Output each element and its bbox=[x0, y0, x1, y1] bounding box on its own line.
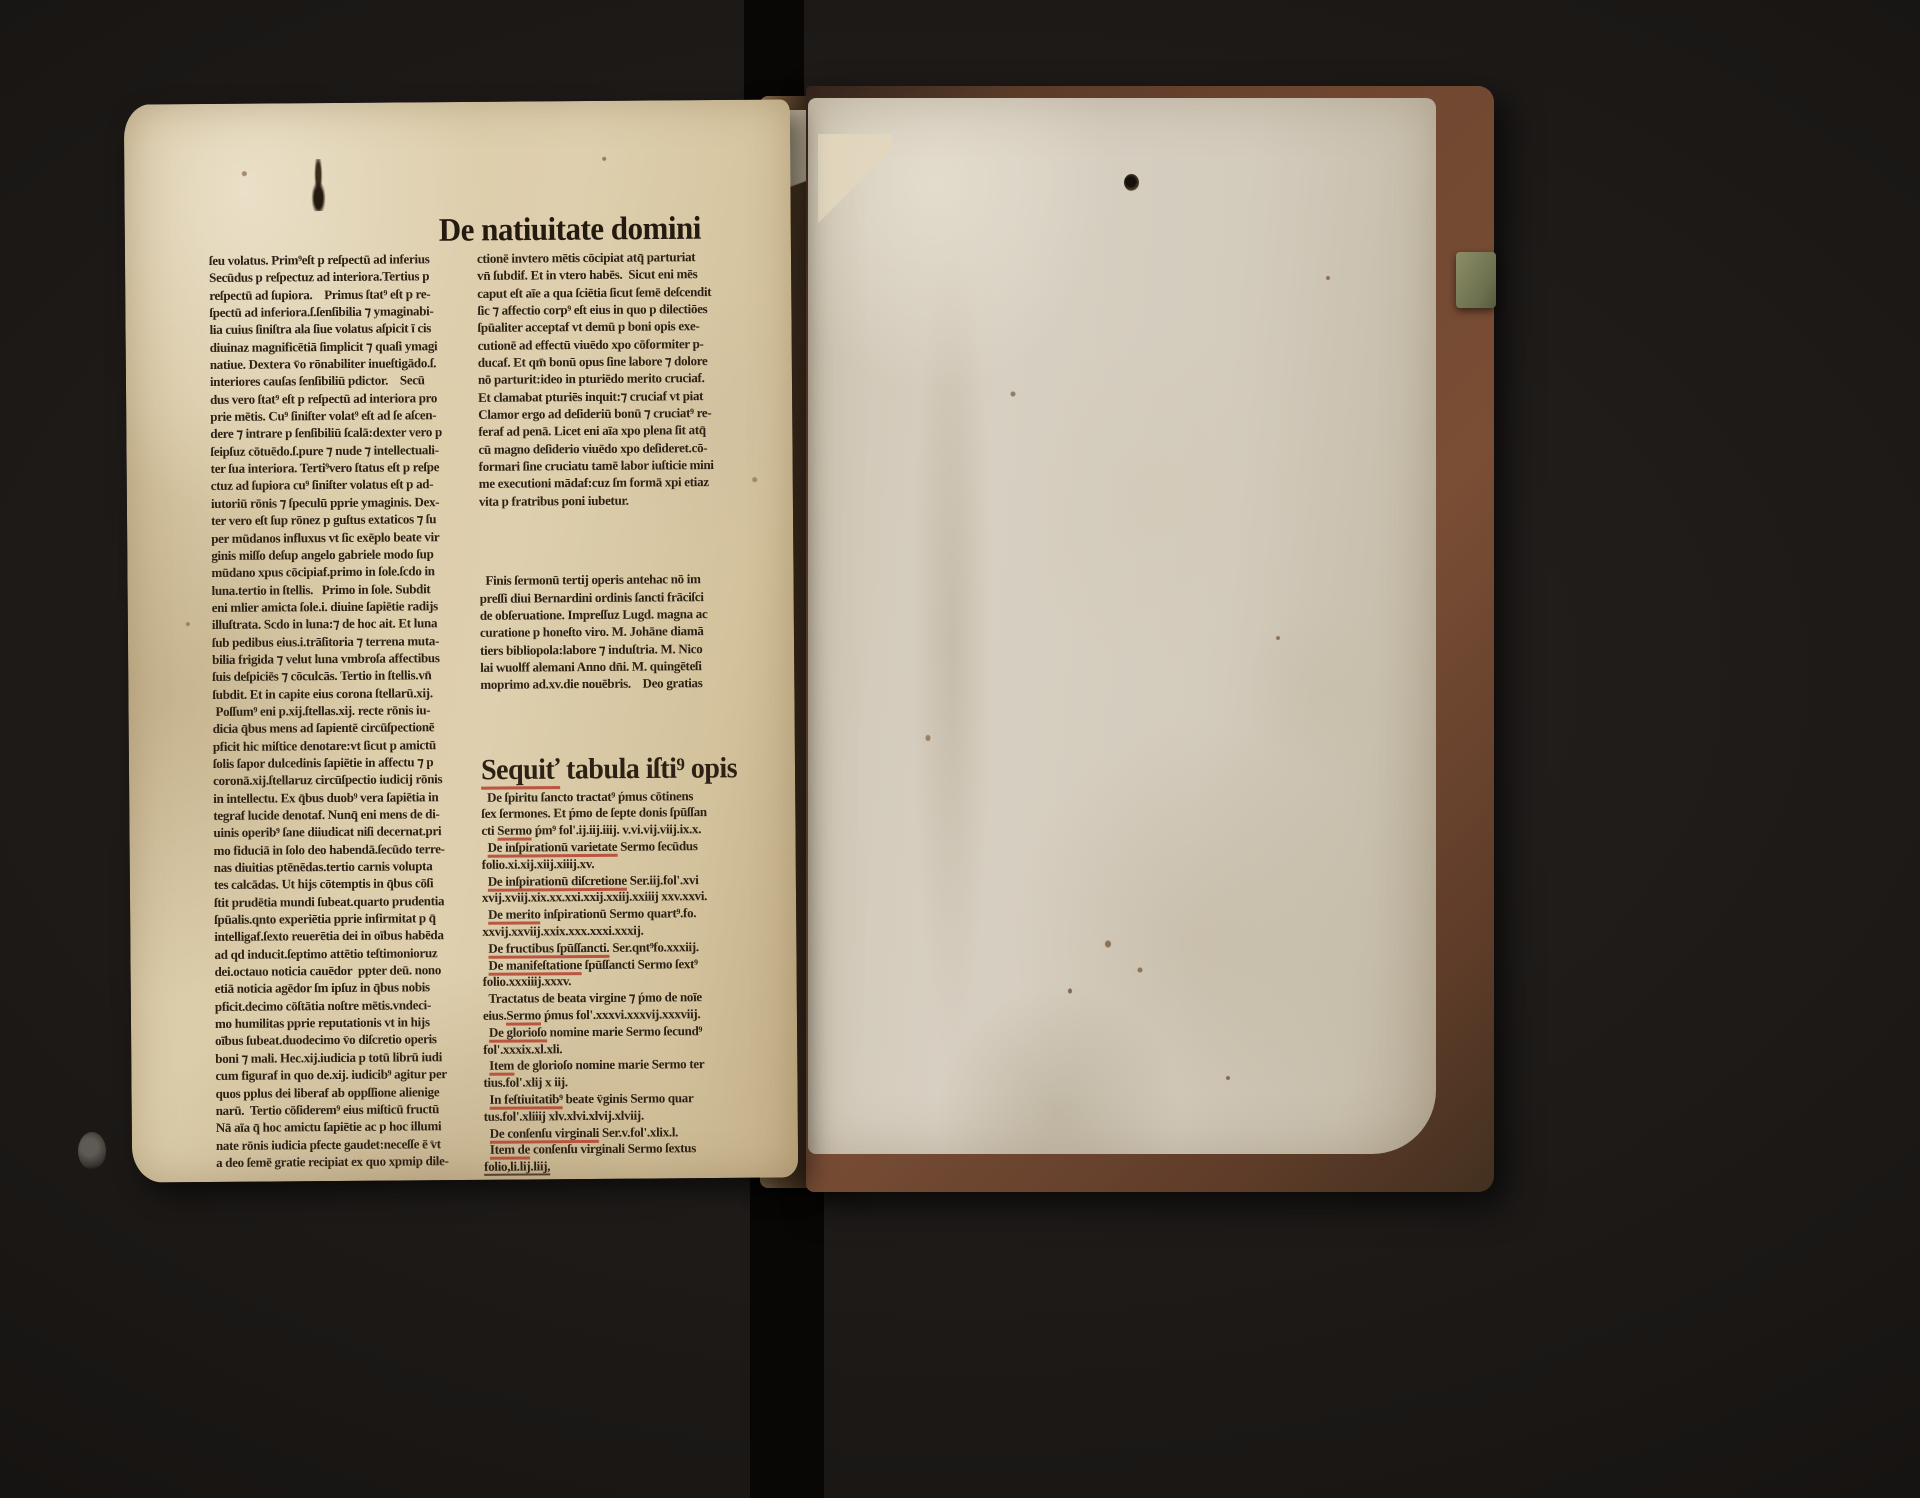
ink-blot bbox=[310, 159, 326, 211]
rubric-underlined-text: Sermo bbox=[506, 1007, 541, 1025]
text-line: cum figuraf in quo de.xij. iudicib⁹ agit… bbox=[215, 1065, 477, 1084]
text-line: formari ſine cruciatu tamē labor iuſtici… bbox=[479, 456, 755, 476]
vertical-gap bbox=[480, 691, 756, 749]
colophon-text: Finis ſermonū tertij operis antehac nō i… bbox=[479, 570, 756, 694]
book-photograph: De natiuitate domini ſeu volatus. Prim⁹e… bbox=[0, 0, 1920, 1498]
text-line: bilia frigida ⁊ velut luna vmbroſa affec… bbox=[212, 649, 474, 668]
text-line: prie mētis. Cu⁹ ſiniſter volat⁹ eſt ad ſ… bbox=[210, 406, 472, 425]
text-segment bbox=[484, 1125, 490, 1140]
text-line: interiores cauſas ſenſibiliū pdictor. Se… bbox=[210, 371, 472, 390]
text-line: Poſſum⁹ eni p.xij.ſtellas.xij. recte rōn… bbox=[212, 701, 474, 720]
corner-mark bbox=[78, 1132, 106, 1170]
text-line: ſuis deſpiciēs ⁊ cōculcās. Tertio in ſte… bbox=[212, 666, 474, 685]
text-line: De inſpirationū varietate Sermo ſecūdus bbox=[482, 838, 758, 857]
text-line: dere ⁊ intrare p ſenſibiliū ſcalā:dexter… bbox=[210, 423, 472, 442]
text-segment bbox=[483, 1025, 489, 1040]
text-line: preſſi diui Bernardini ordinis ſancti fr… bbox=[480, 587, 756, 607]
text-segment bbox=[482, 941, 488, 956]
text-line: De ſpiritu ſancto tractat⁹ ṕmus cōtinens bbox=[481, 787, 757, 806]
text-segment: cti bbox=[481, 823, 497, 838]
text-line: ter vero eſt ſup rōnez p guſtus extatico… bbox=[211, 510, 473, 529]
text-line: dei.octauo noticia cauēdor ppter deū. no… bbox=[215, 961, 477, 980]
text-line: ſex ſermones. Et ṕmo de ſepte donis ſpūſ… bbox=[481, 804, 757, 823]
text-segment: nomine marie Sermo ſecund⁹ bbox=[547, 1023, 703, 1039]
text-line: ctuz ad ſupiora cu⁹ ſiniſter volatus eſt… bbox=[211, 475, 473, 494]
text-line: lai wuolff alemani Anno dn̄i. M. quingēt… bbox=[480, 657, 756, 677]
text-line: cutionē ad effectū viuēdo xpo cōformiter… bbox=[478, 334, 754, 354]
rubric-underlined-text: De glorioſo bbox=[489, 1024, 547, 1042]
text-line: eni mlier amicta ſole.i. diuine ſapiētie… bbox=[212, 597, 474, 616]
text-line: ctionē invtero mētis cōcipiat atq̄ partu… bbox=[477, 248, 753, 268]
text-segment: Sermo ſecūdus bbox=[617, 838, 697, 854]
text-line: etiā noticia agēdor ſm ipſuz in q̄bus no… bbox=[215, 978, 477, 997]
text-segment: ſpūſſancti Sermo ſext⁹ bbox=[582, 956, 698, 972]
text-line: natiue. Dextera v̄o rōnabiliter inueſtig… bbox=[210, 354, 472, 373]
text-line: De conſenſu virginali Ser.v.fol'.xlix.l. bbox=[484, 1123, 760, 1142]
text-line: quos pplus dei liberaf ab oppſſione alie… bbox=[215, 1082, 477, 1101]
text-line: folio.xi.xij.xiij.xiiij.xv. bbox=[482, 854, 758, 873]
text-line: intelligaf.ſexto reuerētia dei in oībus … bbox=[214, 926, 476, 945]
backing-strap-bottom bbox=[750, 1140, 824, 1498]
text-line: In feſtiuitatib⁹ beate v̈ginis Sermo qua… bbox=[484, 1090, 760, 1109]
text-line: tes calcādas. Ut hijs cōtemptis in q̄bus… bbox=[214, 874, 476, 893]
text-segment bbox=[484, 1142, 490, 1157]
text-line: De merito inſpirationū Sermo quart⁹.fo. bbox=[482, 905, 758, 924]
tabula-heading: Sequiť tabula iſti⁹ opis bbox=[481, 747, 757, 789]
text-line: xvij.xviij.xix.xx.xxi.xxij.xxiij.xxiiij … bbox=[482, 888, 758, 907]
rubric-underlined-text: De inſpirationū diſcretione bbox=[488, 872, 627, 891]
text-segment bbox=[482, 907, 488, 922]
text-line: Tractatus de beata virgine ⁊ ṕmo de noīe bbox=[483, 989, 759, 1008]
text-line: folio.xxxiiij.xxxv. bbox=[483, 972, 759, 991]
rubric-underlined-text: De merito bbox=[488, 907, 541, 925]
text-segment: Ser.qnt⁹fo.xxxiij. bbox=[609, 939, 699, 955]
text-line: ſubdit. Et in capite eius corona ſtellar… bbox=[212, 683, 474, 702]
text-line: feraf ad penā. Licet eni aīa xpo plena ſ… bbox=[478, 421, 754, 441]
text-line: ginis miſſo deſup angelo gabriele modo ſ… bbox=[211, 545, 473, 564]
text-line: folio,li.lij.liij, bbox=[484, 1157, 760, 1176]
text-line: Item de conſenſu virginali Sermo ſextus bbox=[484, 1140, 760, 1159]
text-segment bbox=[484, 1092, 490, 1107]
text-line: ſpūalis.qnto experiētia pprie infirmitat… bbox=[214, 909, 476, 928]
text-line: vita p fratribus poni iubetur. bbox=[479, 491, 755, 511]
text-line: reſpectū ad ſupiora. Primus ſtat⁹ eſt p … bbox=[209, 285, 471, 304]
rubric-underlined-text: De conſenſu virginali bbox=[490, 1124, 599, 1143]
text-segment: de glorioſo nomine marie Sermo ter bbox=[514, 1056, 704, 1072]
left-page: De natiuitate domini ſeu volatus. Prim⁹e… bbox=[124, 99, 798, 1182]
text-line: Secūdus p reſpectuz ad interiora.Tertius… bbox=[209, 267, 471, 286]
text-line: mūdano xpus cōcipiaf.primo in ſole.ſcdo … bbox=[211, 562, 473, 581]
text-line: cti Sermo ṕm⁹ fol'.ij.iij.iiij. v.vi.vij… bbox=[481, 821, 757, 840]
text-line: me executioni mādaf:cuz ſm formā xpi eti… bbox=[479, 473, 755, 493]
text-line: ſpūaliter acceptaf vt demū p boni opis e… bbox=[477, 317, 753, 337]
text-line: vn̄ ſubdif. Et in vtero habēs. Sicut eni… bbox=[477, 265, 753, 285]
text-line: ſolis ſapor dulcedinis ſapiētie in affec… bbox=[213, 753, 475, 772]
text-line: dus vero ſtat⁹ eſt p reſpectū ad interio… bbox=[210, 389, 472, 408]
text-line: ſeipſuz cōtuēdo.ſ.pure ⁊ nude ⁊ intellec… bbox=[210, 441, 472, 460]
text-segment: ṕmus fol'.xxxvi.xxxvij.xxxviij. bbox=[541, 1006, 701, 1022]
text-line: ad qd inducit.ſeptimo attētio teſtimonio… bbox=[214, 944, 476, 963]
rubric-underlined-text: De inſpirationū varietate bbox=[487, 839, 617, 858]
text-line: fol'.xxxix.xl.xli. bbox=[483, 1039, 759, 1058]
text-segment: ṕm⁹ fol'.ij.iij.iiij. v.vi.vij.viij.ix.x… bbox=[532, 821, 701, 837]
rubric-underlined-text: De manifeſtatione bbox=[488, 957, 582, 976]
text-line: uinis operib⁹ ſane diiudicat niſi decern… bbox=[213, 822, 475, 841]
text-segment: tabula iſti⁹ opis bbox=[559, 752, 737, 786]
text-line: de obſeruatione. Impreſſuz Lugd. magna a… bbox=[480, 605, 756, 625]
text-line: a deo ſemē gratie recipiat ex quo xpmip … bbox=[216, 1152, 478, 1171]
right-cover-leather bbox=[806, 86, 1494, 1192]
rubric-underlined-text: Sequiť bbox=[481, 753, 560, 789]
text-line: Et clamabat pturiēs inquit:⁊ cruciaf vt … bbox=[478, 386, 754, 406]
text-line: diuinaz magnificētiā ſimplicit ⁊ quaſi y… bbox=[210, 337, 472, 356]
text-line: nō parturit:ideo in pturiēdo merito cruc… bbox=[478, 369, 754, 389]
tabula-contents-list: De ſpiritu ſancto tractat⁹ ṕmus cōtinens… bbox=[481, 787, 760, 1175]
text-segment: folio,li.lij.liij, bbox=[484, 1158, 550, 1176]
text-line: iutoriū rōnis ⁊ ſpeculū pprie ymaginis. … bbox=[211, 493, 473, 512]
rubric-underlined-text: Item bbox=[489, 1058, 514, 1076]
text-line: caput eſt aīe a qua ſciētia ſicut ſemē d… bbox=[477, 282, 753, 302]
text-line: mo humilitas pprie reputationis vt in hi… bbox=[215, 1013, 477, 1032]
rubric-underlined-text: Item de bbox=[490, 1142, 530, 1160]
rubric-underlined-text: In feſtiuitatib⁹ bbox=[489, 1091, 562, 1110]
text-line: cū magno deſiderio viuēdo xpo deſideret.… bbox=[478, 438, 754, 458]
text-line: dicia q̄bus mens ad ſapientē circūſpecti… bbox=[213, 718, 475, 737]
text-line: nas diuitias ptēnēdas.tertio carnis volu… bbox=[214, 857, 476, 876]
text-line: ſpectū ad inferiora.ſ.ſenſibilia ⁊ ymagi… bbox=[209, 302, 471, 321]
rubric-underlined-text: Sermo bbox=[497, 823, 532, 841]
text-column-right: ctionē invtero mētis cōcipiat atq̄ partu… bbox=[477, 248, 760, 1176]
text-line: luna.tertio in ſtellis. Primo in ſole. S… bbox=[212, 579, 474, 598]
text-line: oībus ſubeat.duodecimo v̄o diſcretio ope… bbox=[215, 1030, 477, 1049]
rubric-underlined-text: De fructibus ſpūſſancti. bbox=[488, 940, 609, 959]
text-segment: beate v̈ginis Sermo quar bbox=[563, 1090, 694, 1106]
text-line: tius.fol'.xlij x iij. bbox=[483, 1073, 759, 1092]
text-segment: Ser.iij.fol'.xvi bbox=[627, 872, 699, 888]
text-segment: Ser.v.fol'.xlix.l. bbox=[599, 1124, 678, 1140]
text-line: narū. Tertio cōſiderem⁹ eius miſticū fru… bbox=[216, 1100, 478, 1119]
text-line: De manifeſtatione ſpūſſancti Sermo ſext⁹ bbox=[482, 955, 758, 974]
text-line: Nā aīa q̄ hoc amictu ſapiētie ac p hoc i… bbox=[216, 1117, 478, 1136]
text-line: coronā.xij.ſtellaruz circūſpectio iudici… bbox=[213, 770, 475, 789]
text-line: eius.Sermo ṕmus fol'.xxxvi.xxxvij.xxxvii… bbox=[483, 1006, 759, 1025]
text-line: in intellectu. Ex q̄bus duob⁹ vera ſapiē… bbox=[213, 788, 475, 807]
vertical-gap bbox=[479, 508, 755, 572]
text-line: ſtit prudētia mundi ſubeat.quarto pruden… bbox=[214, 892, 476, 911]
text-line: ducaf. Et qm̄ bonū opus ſine labore ⁊ do… bbox=[478, 352, 754, 372]
text-line: De inſpirationū diſcretione Ser.iij.fol'… bbox=[482, 871, 758, 890]
turn-in-fold bbox=[818, 134, 892, 230]
text-line: moprimo ad.xv.die nouēbris. Deo gratias bbox=[480, 674, 756, 694]
running-title: De natiuitate domini bbox=[439, 209, 759, 250]
text-segment: conſenſu virginali Sermo ſextus bbox=[530, 1140, 696, 1156]
text-line: illuſtrata. Scdo in luna:⁊ de hoc ait. E… bbox=[212, 614, 474, 633]
paragraph-text: ctionē invtero mētis cōcipiat atq̄ partu… bbox=[477, 248, 755, 510]
text-line: Sequiť tabula iſti⁹ opis bbox=[481, 747, 757, 791]
text-line: per mūdanos influxus vt ſic exēplo beate… bbox=[211, 527, 473, 546]
text-segment bbox=[482, 957, 488, 972]
text-line: ſeu volatus. Prim⁹eſt p reſpectū ad infe… bbox=[209, 250, 471, 269]
text-segment: inſpirationū Sermo quart⁹.fo. bbox=[541, 905, 697, 921]
text-line: Finis ſermonū tertij operis antehac nō i… bbox=[479, 570, 755, 590]
text-segment bbox=[482, 873, 488, 888]
text-line: pficit hic miſtice denotare:vt ſicut p a… bbox=[213, 736, 475, 755]
text-line: De fructibus ſpūſſancti. Ser.qnt⁹fo.xxxi… bbox=[482, 938, 758, 957]
text-segment bbox=[482, 840, 488, 855]
text-line: tus.fol'.xliiij xlv.xlvi.xlvij.xlviij. bbox=[484, 1106, 760, 1125]
text-line: tiers bibliopola:labore ⁊ induſtria. M. … bbox=[480, 639, 756, 659]
text-column-left: ſeu volatus. Prim⁹eſt p reſpectū ad infe… bbox=[209, 250, 478, 1171]
text-line: boni ⁊ mali. Hec.xij.iudicia p totū libr… bbox=[215, 1048, 477, 1067]
text-line: curatione p honeſto viro. M. Johāne diam… bbox=[480, 622, 756, 642]
vellum-pastedown bbox=[808, 98, 1436, 1154]
text-line: lia cuius ſiniſtra ala ſiue volatus aſpi… bbox=[209, 319, 471, 338]
text-line: ſic ⁊ affectio corp⁹ eſt eius in quo p d… bbox=[477, 300, 753, 320]
text-line: nate rōnis iudicia pfecte gaudet:neceſſe… bbox=[216, 1134, 478, 1153]
text-segment: eius. bbox=[483, 1008, 507, 1023]
text-line: De glorioſo nomine marie Sermo ſecund⁹ bbox=[483, 1022, 759, 1041]
wormhole bbox=[1124, 174, 1139, 191]
text-line: ter ſua interiora. Terti⁹vero ſtatus eſt… bbox=[211, 458, 473, 477]
text-line: tegraf lucide denotaf. Nunq̄ eni mens de… bbox=[213, 805, 475, 824]
text-line: Clamor ergo ad deſideriū bonū ⁊ cruciat⁹… bbox=[478, 404, 754, 424]
text-line: xxvij.xxviij.xxix.xxx.xxxi.xxxij. bbox=[482, 922, 758, 941]
text-line: pficit.decimo cōſtātia noſtre mētis.vnde… bbox=[215, 996, 477, 1015]
text-segment bbox=[483, 1058, 489, 1073]
text-line: mo fiduciā in ſolo deo habendā.ſecūdo te… bbox=[214, 840, 476, 859]
clasp-remnant bbox=[1456, 252, 1496, 308]
text-line: ſub pedibus eius.i.trāſitoria ⁊ terrena … bbox=[212, 631, 474, 650]
text-line: Item de glorioſo nomine marie Sermo ter bbox=[483, 1056, 759, 1075]
